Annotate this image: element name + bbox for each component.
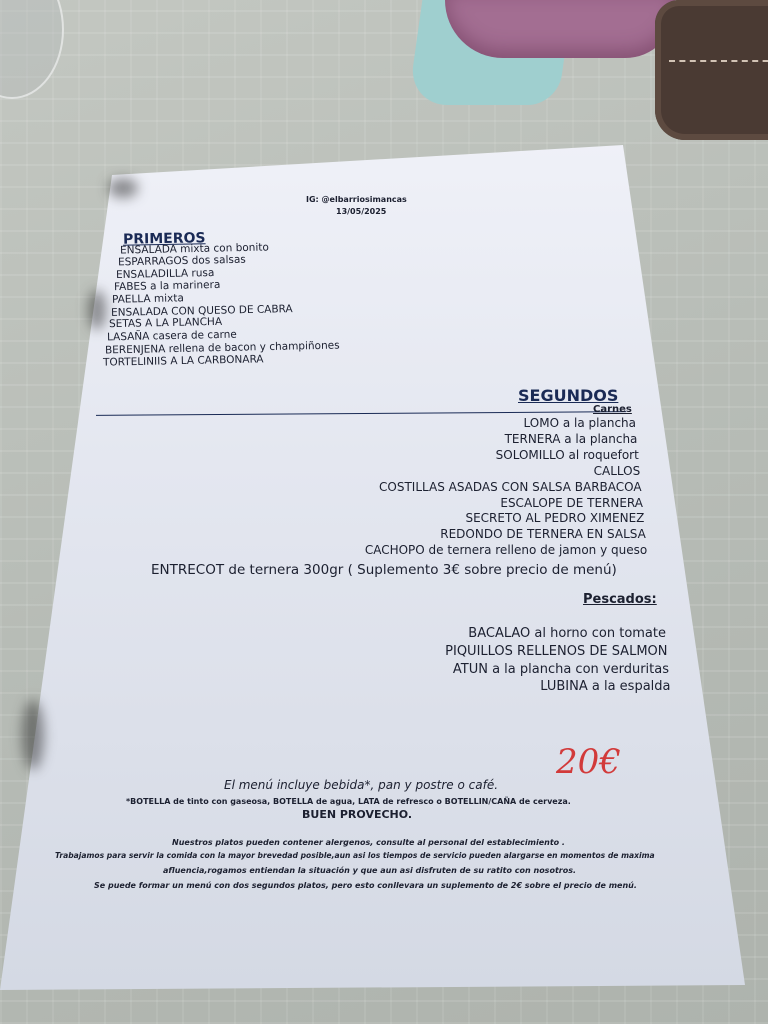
carnes-item: ESCALOPE DE TERNERA <box>500 496 643 510</box>
carnes-item: CACHOPO de ternera relleno de jamon y qu… <box>365 543 647 557</box>
carnes-item: SOLOMILLO al roquefort <box>496 448 639 462</box>
drinks-note: *BOTELLA de tinto con gaseosa, BOTELLA d… <box>126 797 571 806</box>
buen-provecho: BUEN PROVECHO. <box>302 808 412 821</box>
carnes-item: SECRETO AL PEDRO XIMENEZ <box>465 511 644 525</box>
allergens-note: Nuestros platos pueden contener alergeno… <box>172 838 565 847</box>
pescados-item: PIQUILLOS RELLENOS DE SALMON <box>445 644 667 659</box>
two-segundos-note: Se puede formar un menú con dos segundos… <box>94 881 637 890</box>
menu-content: IG: @elbarriosimancas 13/05/2025 PRIMERO… <box>0 0 768 1024</box>
pescados-label: Pescados: <box>583 592 657 607</box>
carnes-item: CALLOS <box>594 464 641 478</box>
service-note-2: afluencia,rogamos entiendan la situación… <box>163 866 576 875</box>
instagram-handle: IG: @elbarriosimancas <box>306 195 407 204</box>
service-note-1: Trabajamos para servir la comida con la … <box>55 851 655 860</box>
pescados-item: ATUN a la plancha con verduritas <box>453 662 669 677</box>
carnes-item: TERNERA a la plancha <box>505 432 638 446</box>
carnes-item: REDONDO DE TERNERA EN SALSA <box>440 527 646 541</box>
carnes-item: LOMO a la plancha <box>524 416 636 430</box>
primeros-item: TORTELINIIS A LA CARBONARA <box>103 353 264 368</box>
segundos-title: SEGUNDOS <box>518 386 618 405</box>
pescados-item: BACALAO al horno con tomate <box>468 626 666 641</box>
carnes-label: Carnes <box>593 404 632 415</box>
menu-date: 13/05/2025 <box>336 207 386 216</box>
primeros-item: LASAÑA casera de carne <box>107 328 237 343</box>
entrecot-item: ENTRECOT de ternera 300gr ( Suplemento 3… <box>151 562 617 578</box>
primeros-item: FABES a la marinera <box>114 279 221 293</box>
primeros-item: ESPARRAGOS dos salsas <box>118 254 246 269</box>
menu-includes: El menú incluye bebida*, pan y postre o … <box>224 778 498 792</box>
carnes-item: COSTILLAS ASADAS CON SALSA BARBACOA <box>379 480 642 494</box>
pescados-item: LUBINA a la espalda <box>540 679 670 694</box>
primeros-item: PAELLA mixta <box>112 292 184 306</box>
handwritten-price: 20€ <box>556 742 621 782</box>
